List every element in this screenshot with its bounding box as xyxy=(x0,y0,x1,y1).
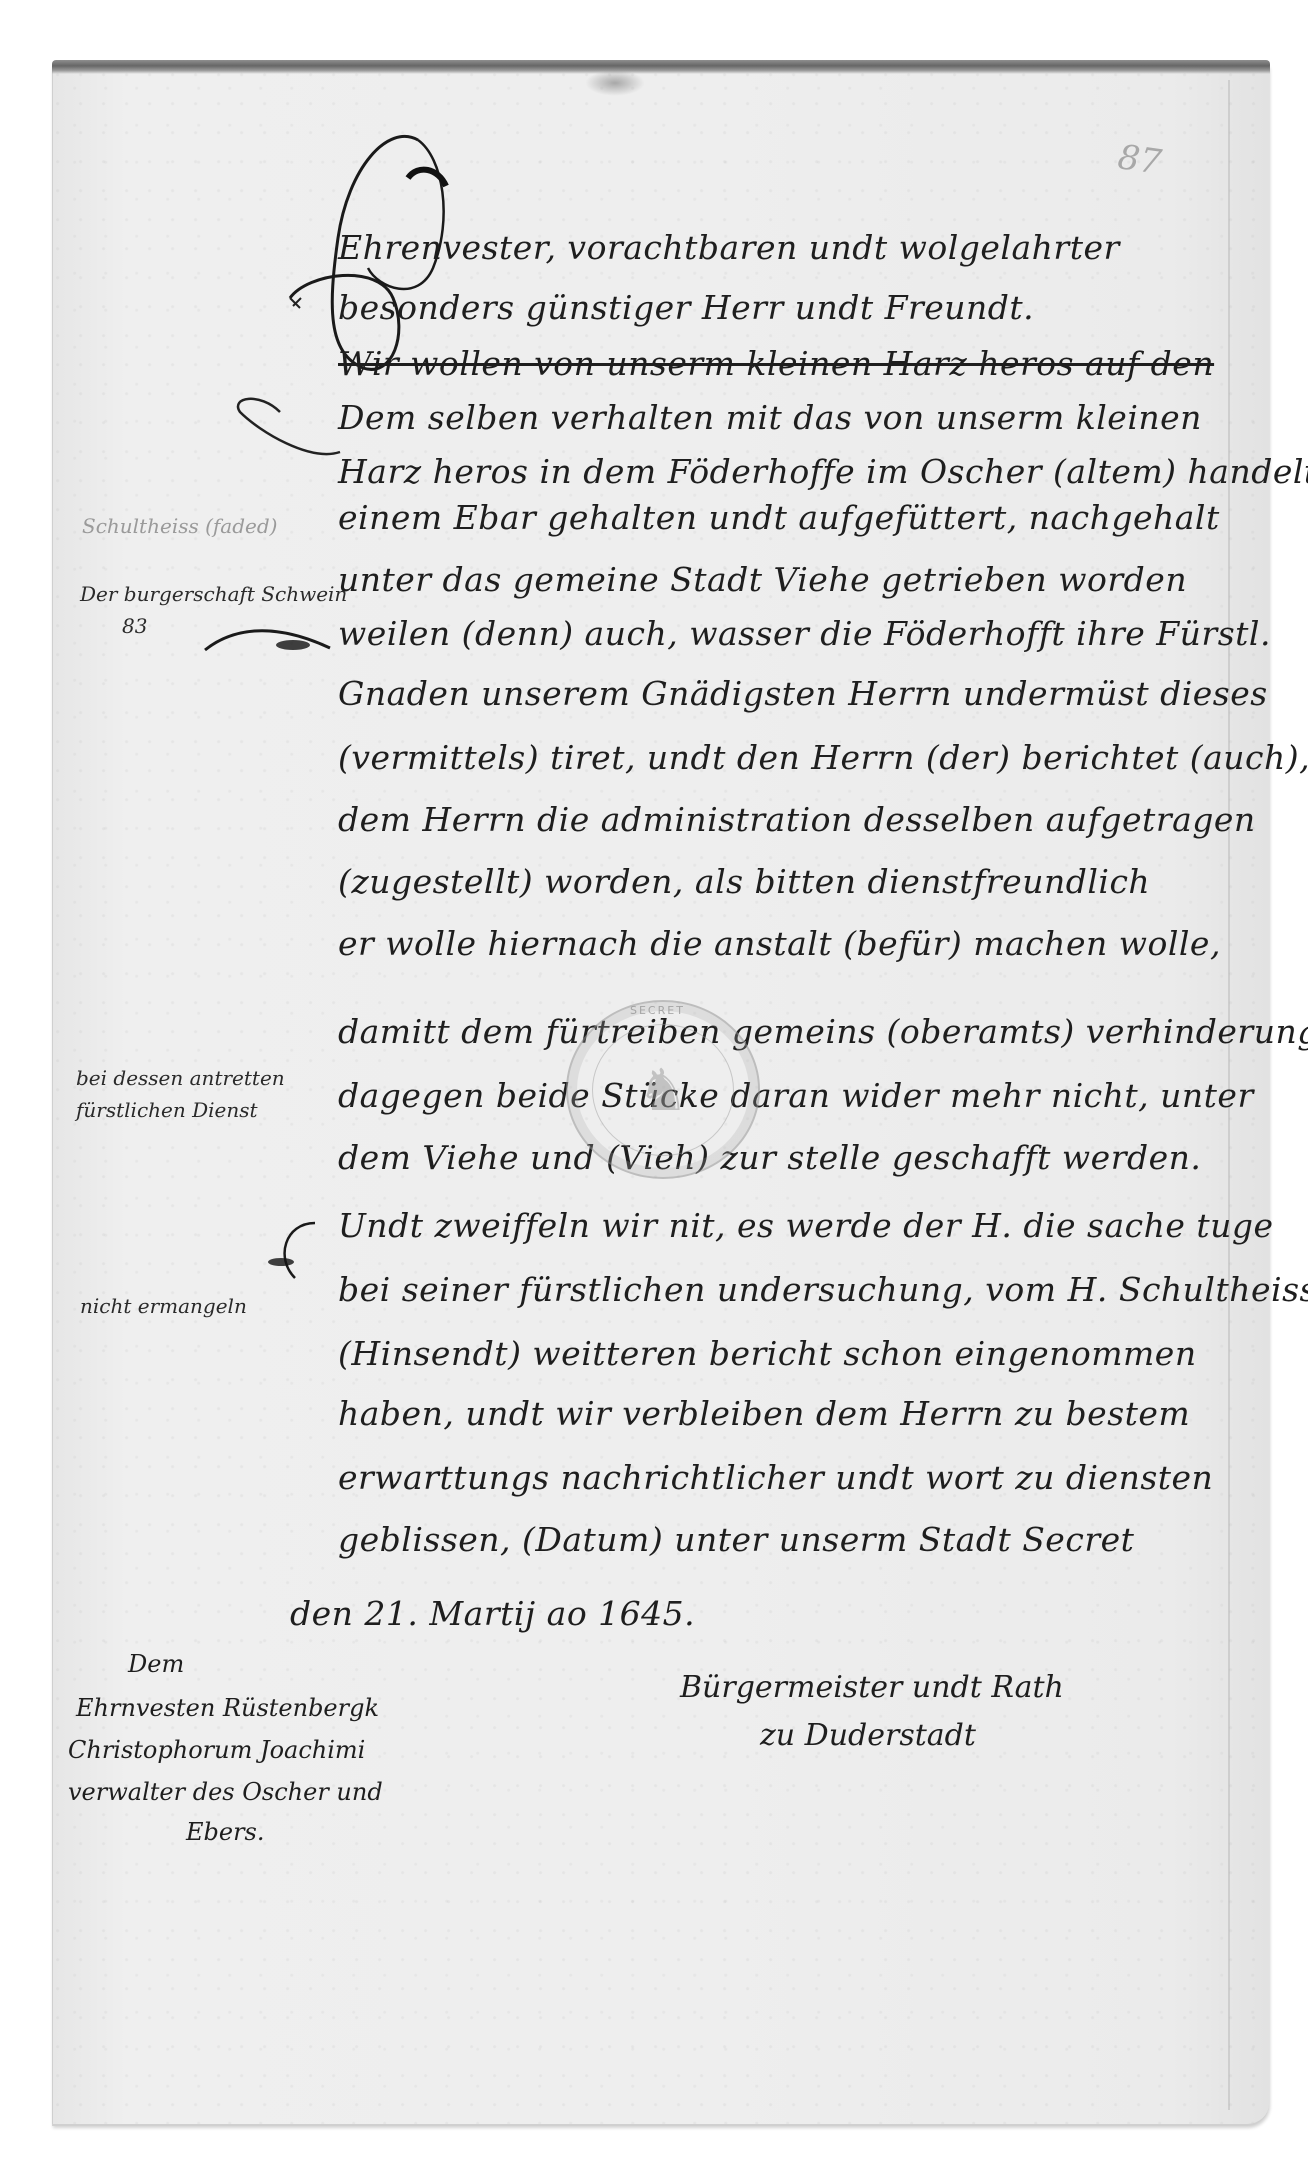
body-line-22: geblissen, (Datum) unter unserm Stadt Se… xyxy=(338,1520,1134,1559)
body-line-10: (vermittels) tiret, undt den Herrn (der)… xyxy=(338,738,1308,777)
ink-blot xyxy=(268,1258,294,1266)
address-line-2: Christophorum Joachimi xyxy=(68,1736,365,1764)
seal-legend: SECRET xyxy=(630,1004,685,1017)
body-line-12: (zugestellt) worden, als bitten dienstfr… xyxy=(338,862,1150,901)
body-line-15: dagegen beide Stücke daran wider mehr ni… xyxy=(338,1076,1254,1115)
sheet-top-edge xyxy=(52,60,1270,74)
address-salutation: Dem xyxy=(128,1650,184,1678)
margin-note-ermangeln: nicht ermangeln xyxy=(80,1292,247,1320)
address-line-4: Ebers. xyxy=(186,1818,265,1846)
body-line-14: damitt dem fürtreiben gemeins (oberamts)… xyxy=(338,1012,1308,1051)
date-line: den 21. Martij ao 1645. xyxy=(290,1594,695,1633)
body-line-6: einem Ebar gehalten undt aufgefüttert, n… xyxy=(338,498,1220,537)
body-line-17: Undt zweiffeln wir nit, es werde der H. … xyxy=(338,1206,1274,1245)
body-line-11: dem Herrn die administration desselben a… xyxy=(338,800,1256,839)
body-line-21: erwarttungs nachrichtlicher undt wort zu… xyxy=(338,1458,1213,1497)
margin-note-burgerschaft: Der burgerschaft Schwein xyxy=(80,580,347,608)
page-number: 87 xyxy=(1115,137,1163,183)
margin-note-number: 83 xyxy=(122,612,147,640)
body-line-19: (Hinsendt) weitteren bericht schon einge… xyxy=(338,1334,1197,1373)
signature-town: zu Duderstadt xyxy=(760,1718,976,1753)
body-line-7: unter das gemeine Stadt Viehe getrieben … xyxy=(338,560,1187,599)
margin-note-dienst: fürstlichen Dienst xyxy=(76,1096,258,1124)
body-line-1: Ehrenvester, vorachtbaren undt wolgelahr… xyxy=(338,228,1120,267)
body-line-3-struck: Wir wollen von unserm kleinen Harz heros… xyxy=(338,344,1214,383)
margin-note-antretten: bei dessen antretten xyxy=(76,1064,285,1092)
margin-note-faded: Schultheiss (faded) xyxy=(82,512,277,540)
body-line-9: Gnaden unserem Gnädigsten Herrn undermüs… xyxy=(338,674,1268,713)
body-line-4: Dem selben verhalten mit das von unserm … xyxy=(338,398,1202,437)
archive-seal: SECRET ♞ xyxy=(566,1000,760,1179)
ink-blot xyxy=(276,640,310,650)
body-line-2: besonders günstiger Herr undt Freundt. xyxy=(338,288,1034,327)
address-line-3: verwalter des Oscher und xyxy=(68,1778,383,1806)
water-stain xyxy=(585,70,645,96)
body-line-20: haben, undt wir verbleiben dem Herrn zu … xyxy=(338,1394,1190,1433)
body-line-13: er wolle hiernach die anstalt (befür) ma… xyxy=(338,924,1221,963)
signature-council: Bürgermeister undt Rath xyxy=(680,1670,1064,1705)
body-line-16: dem Viehe und (Vieh) zur stelle geschaff… xyxy=(338,1138,1201,1177)
body-line-5: Harz heros in dem Föderhoffe im Oscher (… xyxy=(338,452,1308,491)
body-line-8: weilen (denn) auch, wasser die Föderhoff… xyxy=(338,614,1271,653)
address-line-1: Ehrnvesten Rüstenbergk xyxy=(76,1694,379,1722)
lion-icon: ♞ xyxy=(592,1024,734,1156)
body-line-18: bei seiner fürstlichen undersuchung, vom… xyxy=(338,1270,1308,1309)
